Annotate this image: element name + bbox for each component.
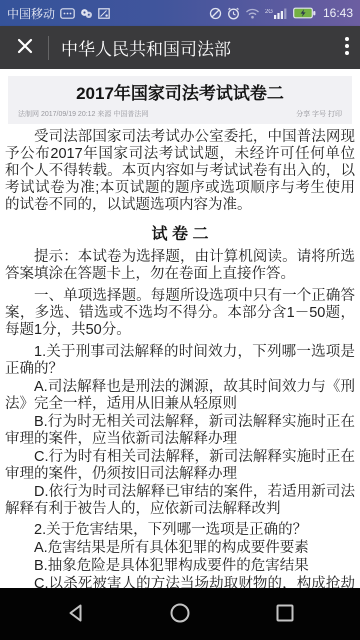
sms-icon [60,8,75,19]
alarm-icon [227,7,240,20]
status-time: 16:43 [323,6,353,20]
status-bar-right: 2G 16:43 [209,6,353,20]
ime-icon [80,8,93,19]
app-bar-title: 中华人民共和国司法部 [61,35,338,60]
tips-paragraph: 提示：本试卷为选择题，由计算机阅读。请将所选答案填涂在答题卡上，勿在卷面上直接作… [5,249,355,283]
appbar-divider [48,36,49,60]
close-button[interactable] [10,31,40,64]
close-icon [16,37,34,58]
back-icon [65,602,87,627]
app-bar: 中华人民共和国司法部 [0,26,360,69]
battery-icon [293,7,316,19]
question-2-option-b: B.抽象危险是具体犯罪构成要件的危害结果 [5,558,355,575]
network-type-label: 2G [265,9,273,15]
recents-icon [274,602,296,627]
article-content[interactable]: 2017年国家司法考试试卷二 法制网 2017/09/19 20:12 来源 中… [0,69,360,640]
question-2-option-a: A.危害结果是所有具体犯罪的构成要件要素 [5,540,355,557]
status-bar-left: 中国移动 [7,5,110,22]
article-meta-source: 法制网 2017/09/19 20:12 来源 中国普法网 [18,110,148,119]
article-meta-actions[interactable]: 分享 字号 打印 [296,110,342,119]
android-nav-bar [0,588,360,640]
kebab-menu-icon [344,36,350,59]
home-icon [169,602,191,627]
carrier-label: 中国移动 [7,5,55,22]
question-1-option-a: A.司法解释也是刑法的渊源，故其时间效力与《刑法》完全一样，适用从旧兼从轻原则 [5,379,355,413]
question-1-option-b: B.行为时无相关司法解释，新司法解释实施时正在审理的案件，应当依新司法解释办理 [5,414,355,448]
nav-back-button[interactable] [47,594,105,635]
intro-paragraph: 受司法部国家司法考试办公室委托，中国普法网现予公布2017年国家司法考试试题，未… [5,129,355,214]
phone-screen: 中国移动 2G [0,0,360,640]
article-title: 2017年国家司法考试试卷二 [18,83,342,104]
signal-icon: 2G [265,7,288,19]
question-1-option-d: D.依行为时司法解释已审结的案件，若适用新司法解释有利于被告人的，应依新司法解释… [5,484,355,518]
article-body: 受司法部国家司法考试办公室委托，中国普法网现予公布2017年国家司法考试试题，未… [0,129,360,640]
single-choice-intro-paragraph: 一、单项选择题。每题所设选项中只有一个正确答案，多选、错选或不选均不得分。本部分… [5,288,355,339]
nav-recents-button[interactable] [256,594,314,635]
article-header-panel: 2017年国家司法考试试卷二 法制网 2017/09/19 20:12 来源 中… [8,76,352,124]
question-2-stem: 2.关于危害结果，下列哪一选项是正确的？ [5,522,355,539]
nav-home-button[interactable] [151,594,209,635]
question-1-option-c: C.行为时有相关司法解释，新司法解释实施时正在审理的案件，仍须按旧司法解释办理 [5,449,355,483]
vibrate-icon [209,7,222,20]
article-meta-row: 法制网 2017/09/19 20:12 来源 中国普法网 分享 字号 打印 [18,110,342,119]
overflow-menu-button[interactable] [338,30,360,65]
paper-two-heading: 试 卷 二 [5,221,355,244]
wifi-icon [245,8,260,19]
status-bar: 中国移动 2G [0,0,360,26]
screenshot-icon [98,8,110,19]
question-1-stem: 1.关于刑事司法解释的时间效力，下列哪一选项是正确的？ [5,344,355,378]
